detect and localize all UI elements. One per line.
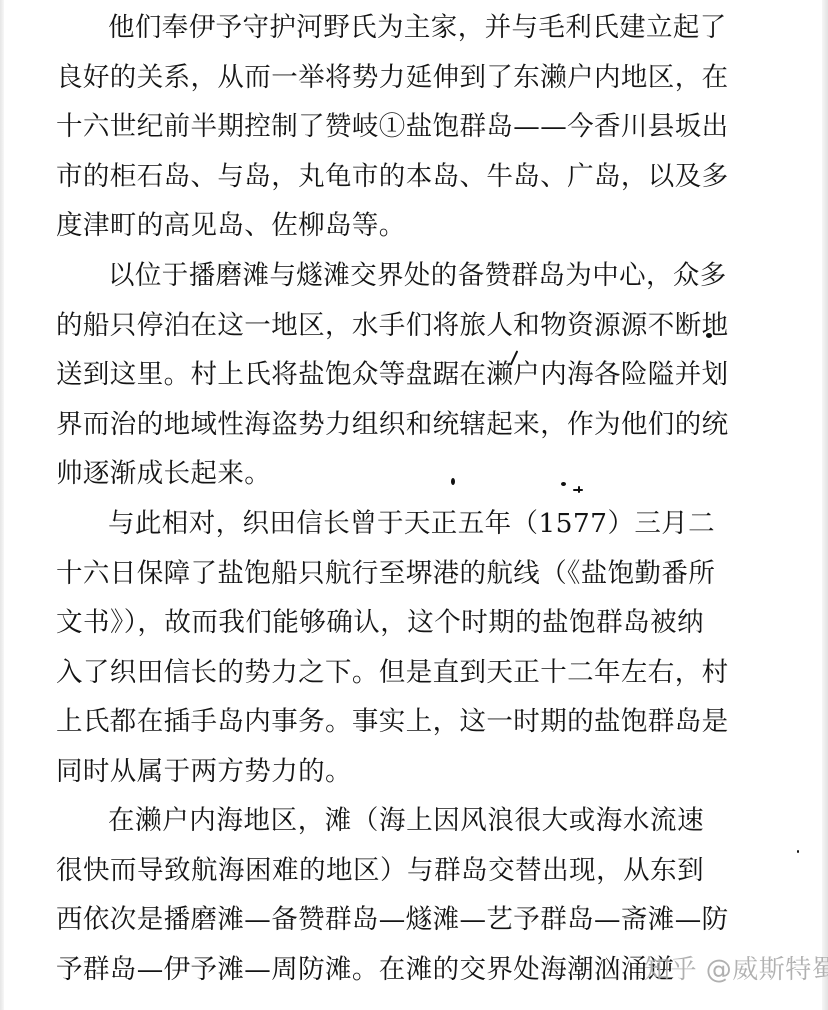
text-line: 市的柜石岛、与岛，丸龟市的本岛、牛岛、广岛，以及多 [56,160,704,194]
text-line: 入了织田信长的势力之下。但是直到天正十二年左右，村 [56,656,704,690]
text-line: 予群岛—伊予滩—周防滩。在滩的交界处海潮汹涌逆 [56,953,656,987]
text-line: 很快而导致航海困难的地区）与群岛交替出现，从东到 [56,854,704,888]
text-line: 西依次是播磨滩—备赞群岛—燧滩—艺予群岛—斋滩—防 [56,903,704,937]
text-line: 十六日保障了盐饱船只航行至堺港的航线（《盐饱勤番所 [56,557,704,591]
text-line: 上氏都在插手岛内事务。事实上，这一时期的盐饱群岛是 [56,705,704,739]
text-line: 界而治的地域性海盗势力组织和统辖起来，作为他们的统 [56,408,704,442]
scan-edge-left [0,0,4,1010]
text-line: 帅逐渐成长起来。 [56,457,704,491]
text-line: 的船只停泊在这一地区，水手们将旅人和物资源源不断地 [56,309,704,343]
watermark: 知乎 @威斯特蜀黍 [644,953,828,987]
text-line: 与此相对，织田信长曾于天正五年（1577）三月二 [108,507,704,541]
text-line: 文书》），故而我们能够确认，这个时期的盐饱群岛被纳 [56,606,704,640]
text-line: 同时从属于两方势力的。 [56,755,704,789]
scan-speck [451,478,455,485]
text-line: 十六世纪前半期控制了赞岐①盐饱群岛——今香川县坂出 [56,110,704,144]
scan-edge-right [822,0,828,1010]
scan-speck [797,850,799,853]
text-line: 送到这里。村上氏将盐饱众等盘踞在濑户内海各险隘并划 [56,358,704,392]
scan-speck [578,486,580,493]
text-line: 良好的关系，从而一举将势力延伸到了东濑户内地区，在 [56,61,704,95]
text-line: 在濑户内海地区，滩（海上因风浪很大或海水流速 [108,804,704,838]
scan-speck [561,482,566,486]
text-line: 以位于播磨滩与燧滩交界处的备赞群岛为中心，众多 [108,259,704,293]
text-line: 他们奉伊予守护河野氏为主家，并与毛利氏建立起了 [108,11,704,45]
scan-speck [706,333,712,338]
text-line: 度津町的高见岛、佐柳岛等。 [56,209,704,243]
